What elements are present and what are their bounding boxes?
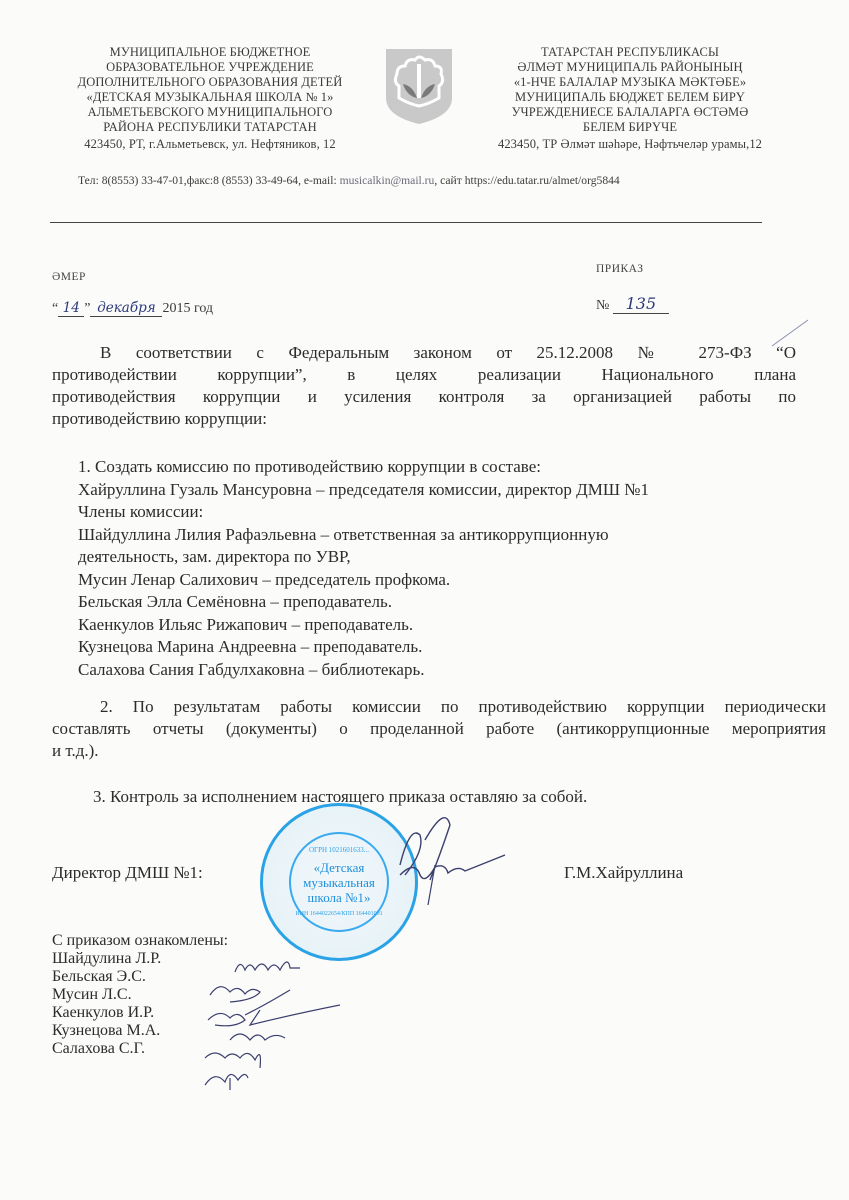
item-1-member: деятельность, зам. директора по УВР, [78,546,649,569]
director-signature-icon [370,805,510,915]
header-left-line: ДОПОЛНИТЕЛЬНОГО ОБРАЗОВАНИЯ ДЕТЕЙ [40,75,380,90]
preamble-line: противодействия коррупции и усиления кон… [52,386,796,408]
header-right-line: БЕЛЕМ БИРҮЧЕ [460,120,800,135]
header-right-line: ӘЛМӘТ МУНИЦИПАЛЬ РАЙОНЫНЫҢ [460,60,800,75]
item-2-line: составлять отчеты (документы) о проделан… [52,718,826,740]
header-left-block: МУНИЦИПАЛЬНОЕ БЮДЖЕТНОЕ ОБРАЗОВАТЕЛЬНОЕ … [40,45,380,152]
stamp-ogrn: ОГРН 1021601633... [309,843,369,858]
stamp-center-line: школа №1» [308,890,371,905]
order-date: “14”декабря2015 год [52,300,213,317]
item-1-member: Мусин Ленар Салихович – председатель про… [78,569,649,592]
header-right-line: «1-НЧЕ БАЛАЛАР МУЗЫКА МӘКТӘБЕ» [460,75,800,90]
director-title: Директор ДМШ №1: [52,862,203,884]
item-1-member: Каенкулов Ильяс Рижапович – преподавател… [78,614,649,637]
coat-of-arms-icon [383,46,455,126]
header-left-line: МУНИЦИПАЛЬНОЕ БЮДЖЕТНОЕ [40,45,380,60]
item-1-member: Кузнецова Марина Андреевна – преподавате… [78,636,649,659]
order-number-value: 135 [613,294,669,314]
staff-signatures-icon [190,950,340,1100]
header-left-line: РАЙОНА РЕСПУБЛИКИ ТАТАРСТАН [40,120,380,135]
header-right-block: ТАТАРСТАН РЕСПУБЛИКАСЫ ӘЛМӘТ МУНИЦИПАЛЬ … [460,45,800,152]
item-1-commission: 1. Создать комиссию по противодействию к… [78,456,649,681]
preamble-line: противодействии коррупции”, в целях реал… [52,364,796,386]
item-1-member: Бельская Элла Семёновна – преподаватель. [78,591,649,614]
item-2-reports: 2. По результатам работы комиссии по про… [52,696,826,762]
acknowledgement-heading: С приказом ознакомлены: [52,932,228,950]
header-divider [50,222,762,223]
header-left-line: ОБРАЗОВАТЕЛЬНОЕ УЧРЕЖДЕНИЕ [40,60,380,75]
pen-mark-icon [770,318,810,348]
item-1-member: Салахова Сания Габдулхаковна – библиотек… [78,659,649,682]
item-2-line: и т.д.). [52,740,826,762]
email-link[interactable]: musicalkin@mail.ru [340,174,435,187]
header-right-address: 423450, ТР Әлмәт шәһәре, Нәфтьчеләр урам… [460,137,800,152]
header-left-line: «ДЕТСКАЯ МУЗЫКАЛЬНАЯ ШКОЛА № 1» [40,90,380,105]
stamp-center-line: музыкальная [303,875,375,890]
director-name: Г.М.Хайруллина [564,862,683,884]
date-month: декабря [90,300,162,317]
item-1-members-label: Члены комиссии: [78,501,649,524]
order-number-prefix: № [596,298,609,313]
item-1-member: Шайдуллина Лилия Рафаэльевна – ответстве… [78,524,649,547]
website-text: , сайт https://edu.tatar.ru/almet/org584… [434,174,619,187]
header-left-line: АЛЬМЕТЬЕВСКОГО МУНИЦИПАЛЬНОГО [40,105,380,120]
doc-type-russian: ПРИКАЗ [596,263,643,275]
order-number: № 135 [596,294,669,314]
item-1-line: 1. Создать комиссию по противодействию к… [78,456,649,479]
phone-fax-text: Тел: 8(8553) 33-47-01,факс:8 (8553) 33-4… [78,174,340,187]
header-right-line: УЧРЕЖДЕНИЕСЕ БАЛАЛАРГА ӨСТӘМӘ [460,105,800,120]
doc-type-tatar: ӘМЕР [52,271,86,283]
item-2-line: 2. По результатам работы комиссии по про… [52,696,826,718]
stamp-center-line: «Детская [314,860,365,875]
contact-line: Тел: 8(8553) 33-47-01,факс:8 (8553) 33-4… [78,174,620,187]
date-day: 14 [58,300,84,317]
item-1-chair: Хайруллина Гузаль Мансуровна – председат… [78,479,649,502]
preamble-line: противодействию коррупции: [52,408,796,430]
header-right-line: ТАТАРСТАН РЕСПУБЛИКАСЫ [460,45,800,60]
preamble-line: В соответствии с Федеральным законом от … [52,342,796,364]
preamble: В соответствии с Федеральным законом от … [52,342,796,430]
header-right-line: МУНИЦИПАЛЬ БЮДЖЕТ БЕЛЕМ БИРҮ [460,90,800,105]
header-left-address: 423450, РТ, г.Альметьевск, ул. Нефтянико… [40,137,380,152]
date-year: 2015 год [162,301,213,316]
